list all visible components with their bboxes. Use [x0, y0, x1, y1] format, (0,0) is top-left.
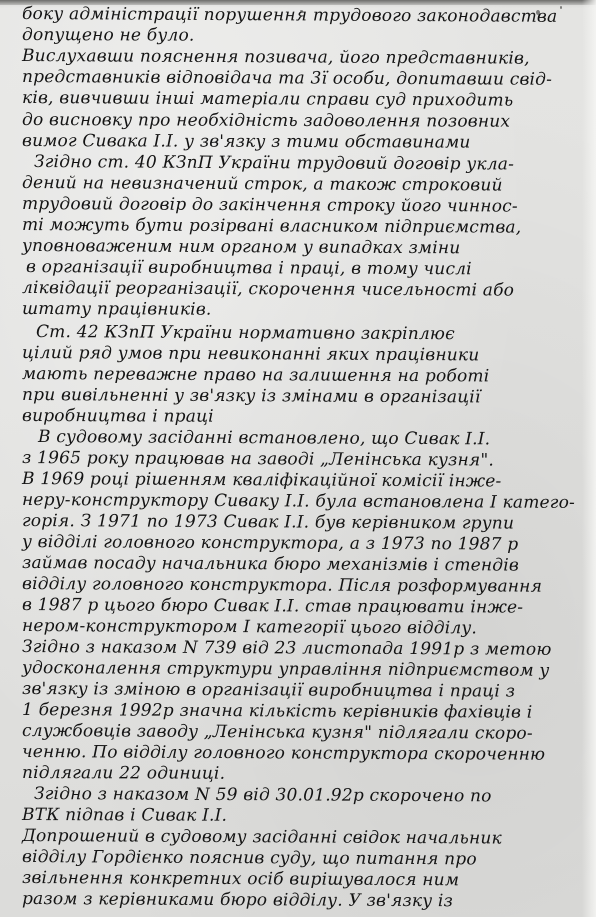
handwritten-line: ті можуть бути розірвані власником підпр… [22, 215, 521, 238]
page-right-edge [582, 0, 596, 917]
handwritten-line: боку адміністрації порушення трудового з… [22, 4, 557, 27]
handwritten-line: В судовому засіданні встановлено, що Сив… [38, 427, 490, 449]
handwritten-line: В 1969 році рішенням кваліфікаційної ком… [22, 469, 502, 492]
handwritten-line: нером-конструктором І категорії цього ві… [22, 616, 477, 638]
handwritten-line: штату працівників. [22, 299, 212, 320]
handwritten-line: Згідно з наказом N 739 від 23 листопада … [22, 637, 552, 660]
handwritten-line: цілий ряд умов при невиконанні яких прац… [22, 343, 480, 365]
handwritten-line: неру-конструктору Сиваку І.І. була встан… [22, 490, 575, 513]
handwritten-line: Згідно ст. 40 КЗпП України трудовий дого… [34, 152, 514, 175]
handwritten-line: горія. З 1971 по 1973 Сивак І.І. був кер… [22, 511, 514, 534]
handwritten-line: Згідно з наказом N 59 від 30.01.92р скор… [34, 784, 492, 806]
handwritten-line: представників відповідача та 3ї особи, д… [22, 67, 552, 90]
handwritten-line: звільнення конкретних осіб вирішувалося … [22, 868, 459, 890]
handwritten-line: мають переважне право на залишення на ро… [22, 364, 490, 386]
handwritten-line: Допрошений в судовому засіданні свідок н… [22, 826, 502, 849]
handwritten-line: уповноваженим ним органом у випадках змі… [22, 236, 461, 258]
handwritten-line: 1 березня 1992р значна кількість керівни… [22, 700, 533, 723]
handwritten-line: разом з керівниками бюро відділу. У зв'я… [22, 889, 453, 911]
handwritten-line: Вислухавши пояснення позивача, його пред… [22, 46, 530, 69]
handwritten-line: допущено не було. [22, 25, 195, 46]
handwritten-line: займав посаду начальника бюро механізмів… [22, 553, 519, 576]
handwritten-line: виробництва і праці [22, 406, 214, 427]
handwritten-line: до висновку про необхідність задоволення… [22, 110, 510, 132]
handwritten-line: при вивільненні у зв'язку із змінами в о… [22, 385, 481, 407]
handwritten-line: ченню. По відділу головного конструктора… [22, 742, 545, 765]
handwritten-line: у відділі головного конструктора, а з 19… [22, 532, 519, 555]
handwritten-line: з 1965 року працював на заводі „Ленінськ… [22, 448, 494, 470]
paper-speck [560, 6, 562, 9]
handwritten-line: удосконалення структури управління підпр… [22, 658, 550, 681]
handwritten-line: вимог Сивака І.І. у зв'язку з тими обста… [22, 131, 471, 153]
handwritten-line: відділу Гордієнко пояснив суду, що питан… [22, 847, 477, 869]
handwritten-line: підлягали 22 одиниці. [22, 763, 225, 784]
handwritten-line: ліквідації реорганізації, скорочення чис… [22, 278, 514, 301]
handwritten-line: ВТК підпав і Сивак І.І. [22, 805, 227, 826]
handwritten-line: в 1987 р цього бюро Сивак І.І. став прац… [22, 595, 523, 618]
handwritten-line: службовців заводу „Ленінська кузня" підл… [22, 721, 533, 744]
handwritten-line: в організації виробництва і праці, в том… [26, 257, 472, 279]
handwritten-line: трудовий договір до закінчення строку йо… [22, 194, 518, 217]
handwritten-line: зв'язку із зміною в організації виробниц… [22, 679, 515, 702]
handwritten-line: ків, вивчивши інші матеріали справи суд … [22, 88, 513, 111]
handwritten-line: дений на невизначений строк, а також стр… [22, 173, 503, 196]
handwritten-line: Ст. 42 КЗпП України нормативно закріплює [36, 322, 455, 344]
scanned-document-page: боку адміністрації порушення трудового з… [0, 0, 596, 917]
handwritten-line: відділу головного конструктора. Після ро… [22, 574, 542, 597]
